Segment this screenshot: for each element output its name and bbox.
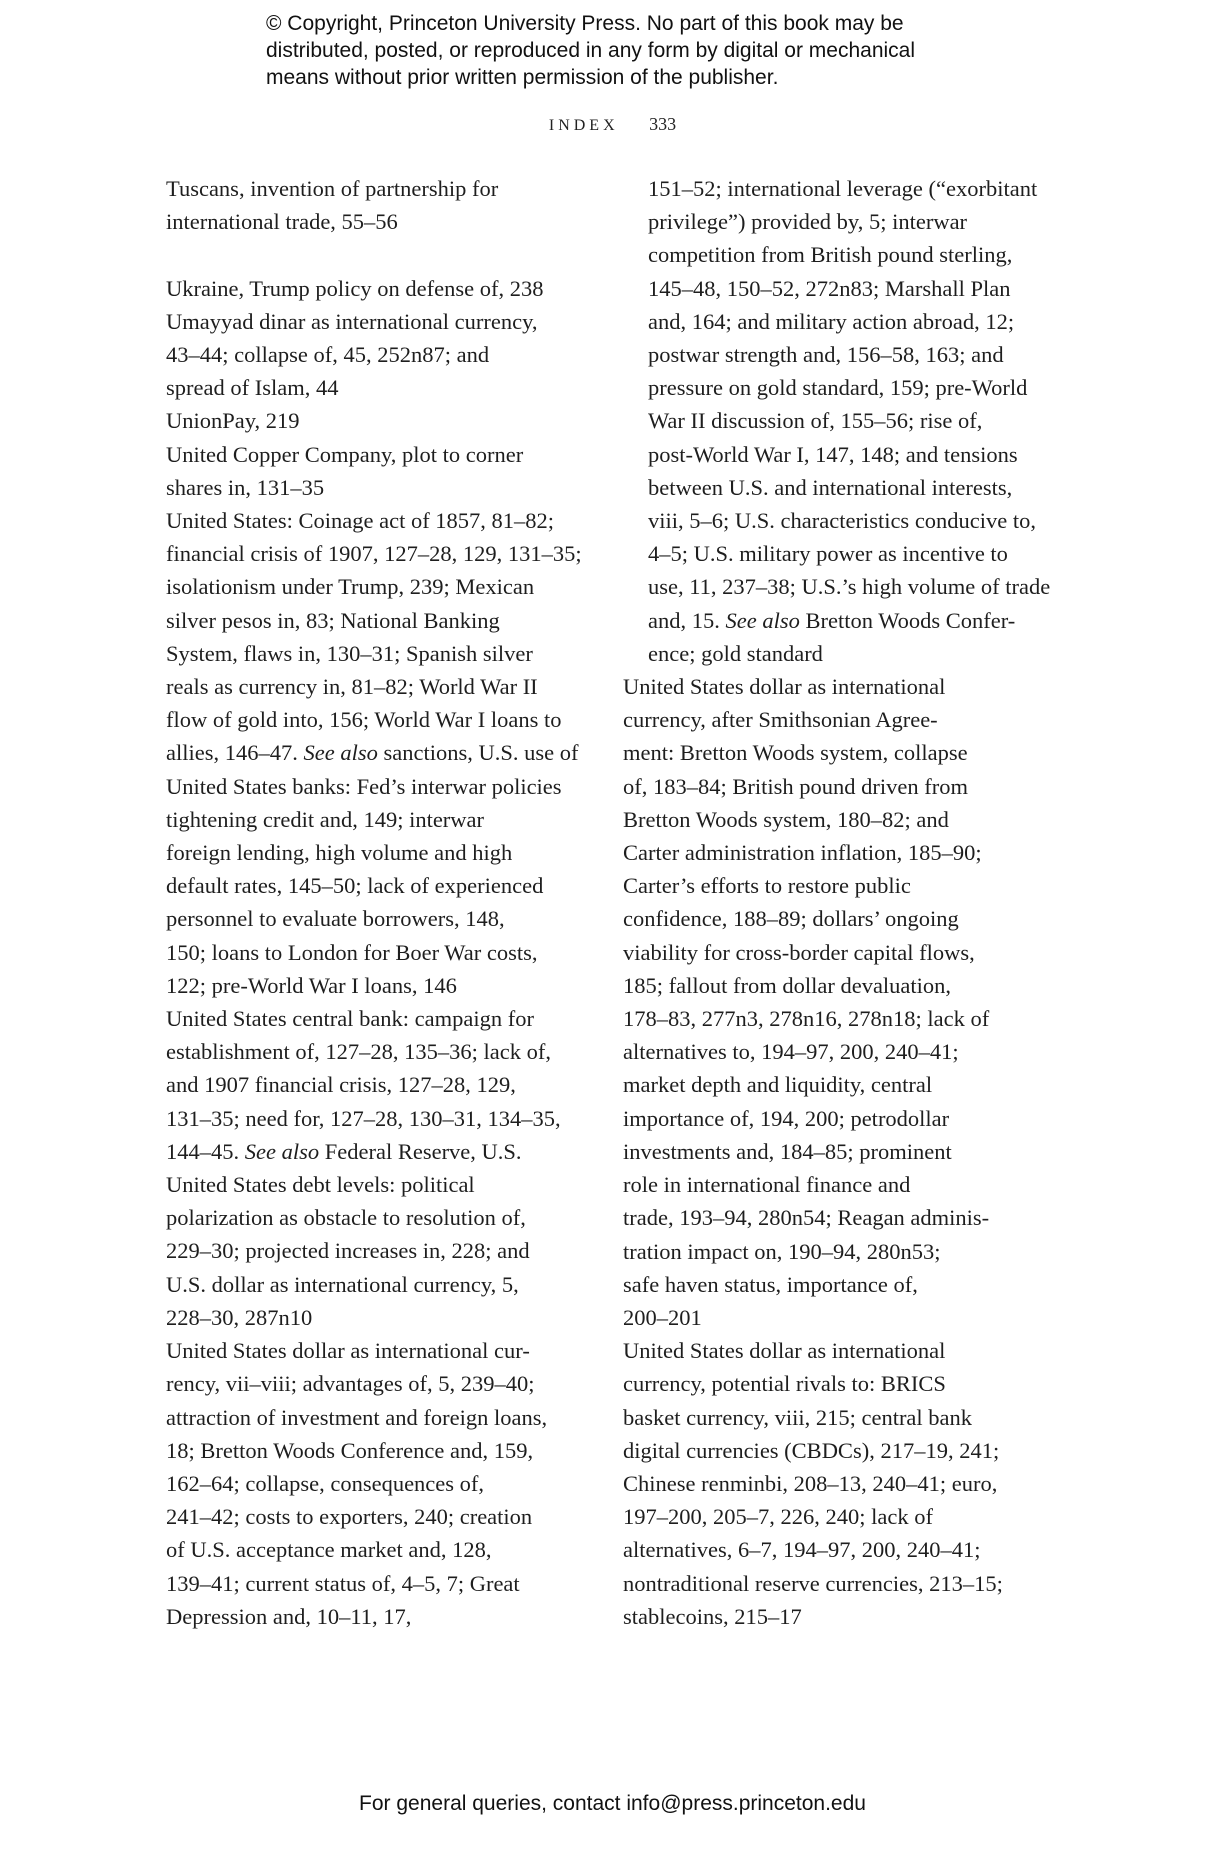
entry-line: postwar strength and, 156–58, 163; and (648, 338, 1043, 371)
entry-line: United States dollar as international (648, 1334, 1043, 1367)
entry-line: nontraditional reserve currencies, 213–1… (648, 1567, 1043, 1600)
entry-line: 185; fallout from dollar devaluation, (648, 969, 1043, 1002)
entry-line: United Copper Company, plot to corner (191, 438, 606, 471)
entry-line: foreign lending, high volume and high (191, 836, 606, 869)
entry-line: Bretton Woods system, 180–82; and (648, 803, 1043, 836)
see-also-label: See also (726, 608, 800, 633)
entry-line: 241–42; costs to exporters, 240; creatio… (191, 1500, 606, 1533)
entry-line: spread of Islam, 44 (191, 371, 606, 404)
entry-line: ence; gold standard (648, 637, 1043, 670)
index-entry: Tuscans, invention of partnership for in… (166, 172, 606, 238)
contact-footer: For general queries, contact info@press.… (0, 1792, 1225, 1816)
entry-line-see-also: and, 15. See also Bretton Woods Confer- (648, 604, 1043, 637)
entry-line: default rates, 145–50; lack of experienc… (191, 869, 606, 902)
running-head-label: INDEX (549, 117, 619, 134)
entry-line: Chinese renminbi, 208–13, 240–41; euro, (648, 1467, 1043, 1500)
see-also-target: Federal Reserve, U.S. (319, 1139, 521, 1164)
entry-line: rency, vii–viii; advantages of, 5, 239–4… (191, 1367, 606, 1400)
entry-line: 229–30; projected increases in, 228; and (191, 1234, 606, 1267)
entry-line: privilege”) provided by, 5; interwar (648, 205, 1043, 238)
running-head: INDEX 333 (0, 114, 1225, 135)
entry-line: role in international finance and (648, 1168, 1043, 1201)
entry-line: 131–35; need for, 127–28, 130–31, 134–35… (191, 1102, 606, 1135)
entry-line: attraction of investment and foreign loa… (191, 1401, 606, 1434)
entry-line: 150; loans to London for Boer War costs, (191, 936, 606, 969)
entry-line: 197–200, 205–7, 226, 240; lack of (648, 1500, 1043, 1533)
entry-line-see-also: allies, 146–47. See also sanctions, U.S.… (191, 736, 606, 769)
entry-line: flow of gold into, 156; World War I loan… (191, 703, 606, 736)
entry-line: Carter’s efforts to restore public (648, 869, 1043, 902)
index-entry: Ukraine, Trump policy on defense of, 238 (166, 272, 606, 305)
entry-line: War II discussion of, 155–56; rise of, (648, 404, 1043, 437)
index-entry-continuation: 151–52; international leverage (“exorbit… (623, 172, 1043, 670)
text: 144–45. (166, 1139, 245, 1164)
entry-line: 200–201 (648, 1301, 1043, 1334)
entry-line: 18; Bretton Woods Conference and, 159, (191, 1434, 606, 1467)
entry-line: market depth and liquidity, central (648, 1068, 1043, 1101)
page-number: 333 (649, 114, 676, 134)
index-entry: UnionPay, 219 (166, 404, 606, 437)
entry-line: United States dollar as international (648, 670, 1043, 703)
copyright-line: means without prior written permission o… (266, 64, 1026, 91)
entry-line: currency, after Smithsonian Agree- (648, 703, 1043, 736)
index-entry: United States debt levels: political pol… (166, 1168, 606, 1334)
copyright-line: distributed, posted, or reproduced in an… (266, 37, 1026, 64)
entry-line: United States debt levels: political (191, 1168, 606, 1201)
entry-line: tightening credit and, 149; interwar (191, 803, 606, 836)
entry-line: United States central bank: campaign for (191, 1002, 606, 1035)
letter-group-gap (166, 238, 606, 271)
index-entry: United States dollar as international cu… (623, 670, 1043, 1334)
entry-line: polarization as obstacle to resolution o… (191, 1201, 606, 1234)
see-also-label: See also (245, 1139, 319, 1164)
entry-line: international trade, 55–56 (191, 205, 606, 238)
entry-line: 4–5; U.S. military power as incentive to (648, 537, 1043, 570)
entry-line-see-also: 144–45. See also Federal Reserve, U.S. (191, 1135, 606, 1168)
entry-line: personnel to evaluate borrowers, 148, (191, 902, 606, 935)
entry-line: digital currencies (CBDCs), 217–19, 241; (648, 1434, 1043, 1467)
entry-line: System, flaws in, 130–31; Spanish silver (191, 637, 606, 670)
see-also-label: See also (303, 740, 377, 765)
entry-line: between U.S. and international interests… (648, 471, 1043, 504)
entry-line: alternatives to, 194–97, 200, 240–41; (648, 1035, 1043, 1068)
entry-line: post-World War I, 147, 148; and tensions (648, 438, 1043, 471)
copyright-line: © Copyright, Princeton University Press.… (266, 10, 1026, 37)
entry-line: ment: Bretton Woods system, collapse (648, 736, 1043, 769)
entry-line: 122; pre-World War I loans, 146 (191, 969, 606, 1002)
text: and, 15. (648, 608, 726, 633)
entry-line: shares in, 131–35 (191, 471, 606, 504)
see-also-target: Bretton Woods Confer- (800, 608, 1015, 633)
entry-line: stablecoins, 215–17 (648, 1600, 1043, 1633)
entry-line: of U.S. acceptance market and, 128, (191, 1533, 606, 1566)
entry-line: 145–48, 150–52, 272n83; Marshall Plan (648, 272, 1043, 305)
entry-line: 43–44; collapse of, 45, 252n87; and (191, 338, 606, 371)
entry-line: currency, potential rivals to: BRICS (648, 1367, 1043, 1400)
index-entry: United States: Coinage act of 1857, 81–8… (166, 504, 606, 770)
entry-line: viability for cross-border capital flows… (648, 936, 1043, 969)
entry-line: establishment of, 127–28, 135–36; lack o… (191, 1035, 606, 1068)
left-column: Tuscans, invention of partnership for in… (166, 172, 606, 1633)
entry-line: Ukraine, Trump policy on defense of, 238 (191, 272, 606, 305)
entry-line: basket currency, viii, 215; central bank (648, 1401, 1043, 1434)
entry-line: and, 164; and military action abroad, 12… (648, 305, 1043, 338)
index-entry: United States central bank: campaign for… (166, 1002, 606, 1168)
index-entry: United States dollar as international cu… (166, 1334, 606, 1633)
entry-line: United States banks: Fed’s interwar poli… (191, 770, 606, 803)
entry-line: 228–30, 287n10 (191, 1301, 606, 1334)
entry-line: U.S. dollar as international currency, 5… (191, 1268, 606, 1301)
entry-line: United States: Coinage act of 1857, 81–8… (191, 504, 606, 537)
index-entry: United States dollar as international cu… (623, 1334, 1043, 1633)
entry-line: importance of, 194, 200; petrodollar (648, 1102, 1043, 1135)
see-also-target: sanctions, U.S. use of (378, 740, 579, 765)
entry-line: Tuscans, invention of partnership for (191, 172, 606, 205)
entry-line: silver pesos in, 83; National Banking (191, 604, 606, 637)
entry-line: isolationism under Trump, 239; Mexican (191, 570, 606, 603)
index-entry: United Copper Company, plot to corner sh… (166, 438, 606, 504)
entry-line: Depression and, 10–11, 17, (191, 1600, 606, 1633)
entry-line: 139–41; current status of, 4–5, 7; Great (191, 1567, 606, 1600)
right-column: 151–52; international leverage (“exorbit… (623, 172, 1043, 1633)
entry-line: investments and, 184–85; prominent (648, 1135, 1043, 1168)
entry-line: Carter administration inflation, 185–90; (648, 836, 1043, 869)
entry-line: Umayyad dinar as international currency, (191, 305, 606, 338)
entry-line: UnionPay, 219 (191, 404, 606, 437)
entry-line: financial crisis of 1907, 127–28, 129, 1… (191, 537, 606, 570)
entry-line: pressure on gold standard, 159; pre-Worl… (648, 371, 1043, 404)
entry-line: and 1907 financial crisis, 127–28, 129, (191, 1068, 606, 1101)
entry-line: 178–83, 277n3, 278n16, 278n18; lack of (648, 1002, 1043, 1035)
entry-line: competition from British pound sterling, (648, 238, 1043, 271)
entry-line: safe haven status, importance of, (648, 1268, 1043, 1301)
copyright-notice: © Copyright, Princeton University Press.… (266, 10, 1026, 91)
entry-line: trade, 193–94, 280n54; Reagan adminis- (648, 1201, 1043, 1234)
entry-line: tration impact on, 190–94, 280n53; (648, 1235, 1043, 1268)
entry-line: 162–64; collapse, consequences of, (191, 1467, 606, 1500)
entry-line: viii, 5–6; U.S. characteristics conduciv… (648, 504, 1043, 537)
entry-line: United States dollar as international cu… (191, 1334, 606, 1367)
text: allies, 146–47. (166, 740, 303, 765)
entry-line: use, 11, 237–38; U.S.’s high volume of t… (648, 570, 1043, 603)
entry-line: of, 183–84; British pound driven from (648, 770, 1043, 803)
entry-line: reals as currency in, 81–82; World War I… (191, 670, 606, 703)
entry-line: alternatives, 6–7, 194–97, 200, 240–41; (648, 1533, 1043, 1566)
index-entry: Umayyad dinar as international currency,… (166, 305, 606, 405)
entry-line: confidence, 188–89; dollars’ ongoing (648, 902, 1043, 935)
entry-line: 151–52; international leverage (“exorbit… (648, 172, 1043, 205)
index-entry: United States banks: Fed’s interwar poli… (166, 770, 606, 1002)
